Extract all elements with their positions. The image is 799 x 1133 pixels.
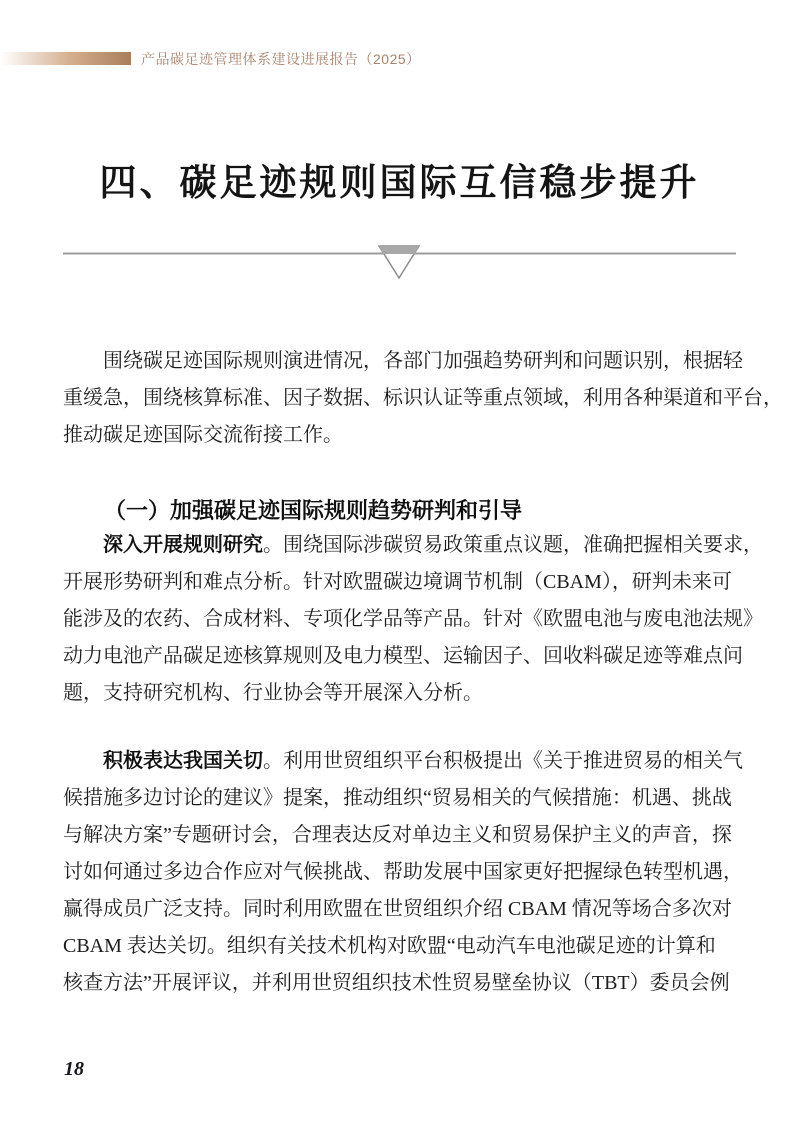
paragraph-lead-rest: 。围绕国际涉碳贸易政策重点议题，准确把握相关要求， [263, 534, 763, 556]
page-number: 18 [64, 1058, 84, 1081]
chapter-title: 四、碳足迹规则国际互信稳步提升 [0, 157, 799, 211]
paragraph-rule-research: 深入开展规则研究。围绕国际涉碳贸易政策重点议题，准确把握相关要求， 开展形势研判… [63, 527, 736, 712]
paragraph-bold-lead: 积极表达我国关切 [103, 750, 263, 772]
text-line: 积极表达我国关切。利用世贸组织平台积极提出《关于推进贸易的相关气 [63, 743, 736, 780]
text-line: 与解决方案”专题研讨会，合理表达反对单边主义和贸易保护主义的声音，探 [63, 817, 736, 854]
text-line: 重缓急，围绕核算标准、因子数据、标识认证等重点领域，利用各种渠道和平台， [63, 380, 736, 417]
text-line: CBAM 表达关切。组织有关技术机构对欧盟“电动汽车电池碳足迹的计算和 [63, 928, 736, 965]
paragraph-express-concerns: 积极表达我国关切。利用世贸组织平台积极提出《关于推进贸易的相关气 候措施多边讨论… [63, 743, 736, 1002]
section-heading: （一）加强碳足迹国际规则趋势研判和引导 [63, 492, 736, 530]
intro-paragraph: 围绕碳足迹国际规则演进情况，各部门加强趋势研判和问题识别，根据轻 重缓急，围绕核… [63, 343, 736, 454]
paragraph-lead-rest: 。利用世贸组织平台积极提出《关于推进贸易的相关气 [263, 750, 743, 772]
text-line: 候措施多边讨论的建议》提案，推动组织“贸易相关的气候措施：机遇、挑战 [63, 780, 736, 817]
document-page: 产品碳足迹管理体系建设进展报告（2025） 四、碳足迹规则国际互信稳步提升 围绕… [0, 0, 799, 1133]
header-accent-bar [0, 52, 131, 65]
text-line: 能涉及的农药、合成材料、专项化学品等产品。针对《欧盟电池与废电池法规》 [63, 601, 736, 638]
text-line: 开展形势研判和难点分析。针对欧盟碳边境调节机制（CBAM），研判未来可 [63, 564, 736, 601]
text-line: 围绕碳足迹国际规则演进情况，各部门加强趋势研判和问题识别，根据轻 [63, 343, 736, 380]
text-line: 动力电池产品碳足迹核算规则及电力模型、运输因子、回收料碳足迹等难点问 [63, 638, 736, 675]
paragraph-bold-lead: 深入开展规则研究 [103, 534, 263, 556]
text-line: 核查方法”开展评议，并利用世贸组织技术性贸易壁垒协议（TBT）委员会例 [63, 965, 736, 1002]
down-arrow-divider-icon [63, 240, 736, 284]
section-divider [63, 240, 736, 284]
text-line: 讨如何通过多边合作应对气候挑战、帮助发展中国家更好把握绿色转型机遇， [63, 854, 736, 891]
text-line: 题，支持研究机构、行业协会等开展深入分析。 [63, 675, 736, 712]
running-header-title: 产品碳足迹管理体系建设进展报告（2025） [141, 49, 421, 69]
text-line: 深入开展规则研究。围绕国际涉碳贸易政策重点议题，准确把握相关要求， [63, 527, 736, 564]
text-line: 赢得成员广泛支持。同时利用欧盟在世贸组织介绍 CBAM 情况等场合多次对 [63, 891, 736, 928]
text-line: 推动碳足迹国际交流衔接工作。 [63, 417, 736, 454]
